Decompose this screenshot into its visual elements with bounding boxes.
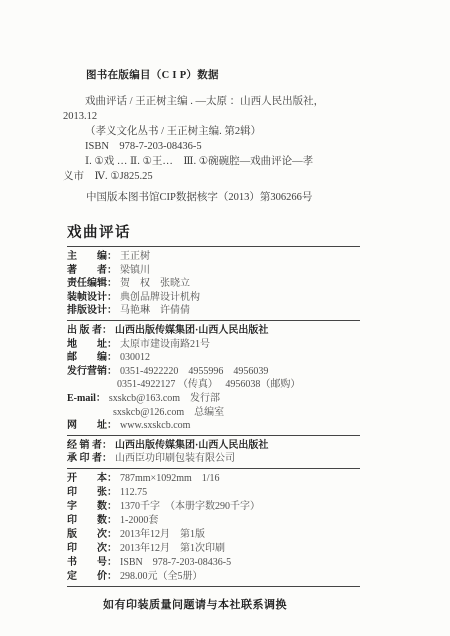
cip-isbn-line: ISBN 978-7-203-08436-5 [85, 139, 368, 154]
field-label: 印 数： [67, 514, 117, 528]
row-sheets: 印 张： 112.75 [67, 486, 360, 500]
row-managing-editor: 责任编辑： 贺 权 张晓立 [67, 277, 360, 291]
field-label: E-mail： [67, 392, 106, 406]
field-value: sxskcb@126.com 总编室 [113, 406, 224, 420]
field-value: 2013年12月 第1版 [120, 528, 205, 542]
book-title: 戏曲评话 [67, 221, 360, 247]
field-label: 责任编辑： [67, 277, 117, 291]
field-label: 网 址： [67, 419, 117, 433]
field-value: 山西臣功印刷包装有限公司 [115, 452, 235, 466]
field-label: 经 销 者： [67, 439, 112, 453]
field-label: 印 次： [67, 542, 117, 556]
row-format: 开 本： 787mm×1092mm 1/16 [67, 472, 360, 486]
quality-notice: 如有印装质量问题请与本社联系调换 [67, 596, 360, 612]
field-value: 梁镇川 [120, 264, 150, 278]
row-price: 定 价： 298.00元（全5册） [67, 570, 360, 584]
field-label: 邮 编： [67, 351, 117, 365]
field-value: 山西出版传媒集团·山西人民出版社 [115, 324, 268, 338]
row-distribution-phone: 发行营销： 0351-4922220 4955996 4956039 [67, 365, 360, 379]
field-label: 排版设计： [67, 304, 117, 318]
cip-heading: 图书在版编目（C I P）数据 [86, 68, 368, 83]
field-value: 112.75 [120, 486, 147, 500]
section-editors: 主 编： 王正树 著 者： 梁镇川 责任编辑： 贺 权 张晓立 装帧设计： 典创… [67, 247, 360, 321]
field-value: ISBN 978-7-203-08436-5 [120, 556, 231, 570]
row-word-count: 字 数： 1370千字 （本册字数290千字） [67, 500, 360, 514]
field-value: sxskcb@163.com 发行部 [109, 392, 220, 406]
field-value: 马艳琳 许倩倩 [120, 304, 190, 318]
field-label: 发行营销： [67, 365, 117, 379]
section-publishing: 出 版 者： 山西出版传媒集团·山西人民出版社 地 址： 太原市建设南路21号 … [67, 321, 360, 436]
field-value: 030012 [120, 351, 150, 365]
field-value: 0351-4922127 （传真） 4956038（邮购） [117, 378, 300, 392]
field-value: 298.00元（全5册） [120, 570, 203, 584]
cip-title-line: 戏曲评话 / 王正树主编 . —太原 ：山西人民出版社， [85, 94, 368, 109]
field-label: 开 本： [67, 472, 117, 486]
row-website: 网 址： www.sxskcb.com [67, 419, 360, 433]
field-value: 787mm×1092mm 1/16 [120, 472, 220, 486]
field-value: 山西出版传媒集团·山西人民出版社 [115, 439, 268, 453]
cip-registry: 中国版本图书馆CIP数据核字（2013）第306266号 [86, 190, 368, 205]
field-value: 1-2000套 [120, 514, 158, 528]
field-value: 太原市建设南路21号 [120, 338, 210, 352]
cip-series-line: （孝义文化丛书 / 王正树主编. 第2辑） [85, 124, 368, 139]
row-postcode: 邮 编： 030012 [67, 351, 360, 365]
field-value: 贺 权 张晓立 [120, 277, 190, 291]
row-print-run: 印 数： 1-2000套 [67, 514, 360, 528]
row-publisher: 出 版 者： 山西出版传媒集团·山西人民出版社 [67, 324, 360, 338]
row-address: 地 址： 太原市建设南路21号 [67, 338, 360, 352]
row-email: E-mail： sxskcb@163.com 发行部 [67, 392, 360, 406]
row-edition: 版 次： 2013年12月 第1版 [67, 528, 360, 542]
cip-block: 图书在版编目（C I P）数据 戏曲评话 / 王正树主编 . —太原 ：山西人民… [63, 68, 368, 205]
cip-class-line-2: 义市 Ⅳ. ①J825.25 [63, 169, 368, 184]
colophon: 戏曲评话 主 编： 王正树 著 者： 梁镇川 责任编辑： 贺 权 张晓立 装帧设… [67, 221, 360, 612]
row-binding-design: 装帧设计： 典创品牌设计机构 [67, 291, 360, 305]
field-label: 字 数： [67, 500, 117, 514]
row-impression: 印 次： 2013年12月 第1次印刷 [67, 542, 360, 556]
field-label: 版 次： [67, 528, 117, 542]
cip-class-line-1: Ⅰ. ①戏 … Ⅱ. ①王… Ⅲ. ①碗碗腔—戏曲评论—孝 [85, 154, 368, 169]
row-printer: 承 印 者： 山西臣功印刷包装有限公司 [67, 452, 360, 466]
field-value: 1370千字 （本册字数290千字） [120, 500, 260, 514]
field-value: 典创品牌设计机构 [120, 291, 200, 305]
field-value: 0351-4922220 4955996 4956039 [120, 365, 268, 379]
section-distribution: 经 销 者： 山西出版传媒集团·山西人民出版社 承 印 者： 山西臣功印刷包装有… [67, 436, 360, 469]
section-printing: 开 本： 787mm×1092mm 1/16 印 张： 112.75 字 数： … [67, 469, 360, 587]
field-label: 装帧设计： [67, 291, 117, 305]
field-label: 地 址： [67, 338, 117, 352]
field-label: 主 编： [67, 250, 117, 264]
field-value: 王正树 [120, 250, 150, 264]
field-label: 著 者： [67, 264, 117, 278]
cip-year-line: 2013.12 [63, 109, 368, 124]
field-label: 定 价： [67, 570, 117, 584]
field-value: 2013年12月 第1次印刷 [120, 542, 225, 556]
field-label: 印 张： [67, 486, 117, 500]
row-distribution-phone-2: 0351-4922127 （传真） 4956038（邮购） [67, 378, 360, 392]
field-label: 承 印 者： [67, 452, 112, 466]
row-author: 著 者： 梁镇川 [67, 264, 360, 278]
row-layout-design: 排版设计： 马艳琳 许倩倩 [67, 304, 360, 318]
field-label: 出 版 者： [67, 324, 112, 338]
row-distributor: 经 销 者： 山西出版传媒集团·山西人民出版社 [67, 439, 360, 453]
field-value: www.sxskcb.com [120, 419, 190, 433]
row-email-2: sxskcb@126.com 总编室 [67, 406, 360, 420]
copyright-page: 图书在版编目（C I P）数据 戏曲评话 / 王正树主编 . —太原 ：山西人民… [0, 0, 450, 636]
row-chief-editor: 主 编： 王正树 [67, 250, 360, 264]
field-label: 书 号： [67, 556, 117, 570]
row-isbn: 书 号： ISBN 978-7-203-08436-5 [67, 556, 360, 570]
